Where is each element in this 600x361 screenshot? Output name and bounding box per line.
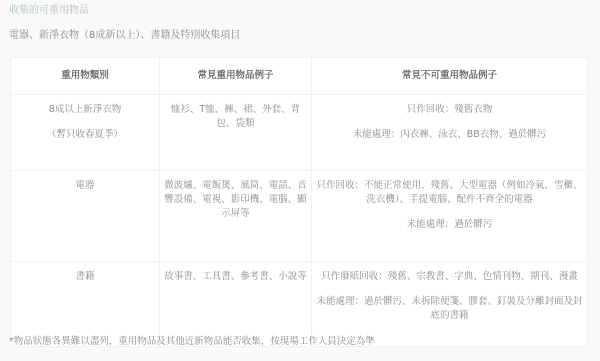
paper-recycle-only-text: 只作廢紙回收：殘舊、宗教書、字典、色情刊物、期刊、漫畫	[314, 270, 585, 284]
header-category: 重用物類別	[11, 58, 160, 95]
cannot-process-text: 未能處理：過於髒污、未拆除便箋、膠套、釘裝及分離封面及封底的書籍	[314, 295, 585, 323]
table-row: 書籍 故事書、工具書、參考書、小說等 只作廢紙回收：殘舊、宗教書、字典、色情刊物…	[11, 262, 588, 347]
category-cell: 電器	[11, 171, 160, 262]
header-non-reusable-examples: 常見不可重用物品例子	[312, 58, 588, 95]
subtitle: 電器、新淨衣物（8成新以上）、書籍及特別收集項目	[9, 29, 240, 43]
category-label: 電器	[13, 179, 157, 193]
non-reusable-cell: 只作廢紙回收：殘舊、宗教書、字典、色情刊物、期刊、漫畫 未能處理：過於髒污、未拆…	[312, 262, 588, 347]
recycle-only-text: 只作回收：殘舊衣物	[314, 103, 585, 117]
non-reusable-cell: 只作回收：殘舊衣物 未能處理：內衣褲、泳衣、BB衣物、過於髒污	[312, 95, 588, 171]
table-row: 電器 微波爐、電飯煲、風筒、電話、音響設備、電視、影印機、電腦、顯示屏等 只作回…	[11, 171, 588, 262]
cannot-process-text: 未能處理：內衣褲、泳衣、BB衣物、過於髒污	[314, 128, 585, 142]
non-reusable-cell: 只作回收：不能正常使用、殘舊、大型電器（例如冷氣、雪櫃、洗衣機）、手提電腦、配件…	[312, 171, 588, 262]
cannot-process-text: 未能處理：過於髒污	[314, 218, 585, 232]
reusable-examples-cell: 恤衫、T恤、褲、裙、外套、背包、袋類	[160, 95, 312, 171]
recycle-only-text: 只作回收：不能正常使用、殘舊、大型電器（例如冷氣、雪櫃、洗衣機）、手提電腦、配件…	[314, 179, 585, 207]
reusable-examples-cell: 故事書、工具書、參考書、小說等	[160, 262, 312, 347]
section-title: 收集的可重用物品	[9, 4, 89, 18]
category-cell: 8成以上新淨衣物 （暫只收春夏季）	[11, 95, 160, 171]
category-cell: 書籍	[11, 262, 160, 347]
table-header-row: 重用物類別 常見重用物品例子 常見不可重用物品例子	[11, 58, 588, 95]
category-note: （暫只收春夏季）	[13, 128, 157, 142]
header-reusable-examples: 常見重用物品例子	[160, 58, 312, 95]
reusable-items-table: 重用物類別 常見重用物品例子 常見不可重用物品例子 8成以上新淨衣物 （暫只收春…	[10, 57, 588, 347]
page: 收集的可重用物品 電器、新淨衣物（8成新以上）、書籍及特別收集項目 重用物類別 …	[0, 0, 600, 361]
table-row: 8成以上新淨衣物 （暫只收春夏季） 恤衫、T恤、褲、裙、外套、背包、袋類 只作回…	[11, 95, 588, 171]
reusable-examples-cell: 微波爐、電飯煲、風筒、電話、音響設備、電視、影印機、電腦、顯示屏等	[160, 171, 312, 262]
category-label: 書籍	[13, 270, 157, 284]
footnote: *物品狀態各異難以盡列，重用物品及其他近新物品能否收集，按現場工作人員決定為準	[9, 335, 375, 349]
category-label: 8成以上新淨衣物	[13, 103, 157, 117]
